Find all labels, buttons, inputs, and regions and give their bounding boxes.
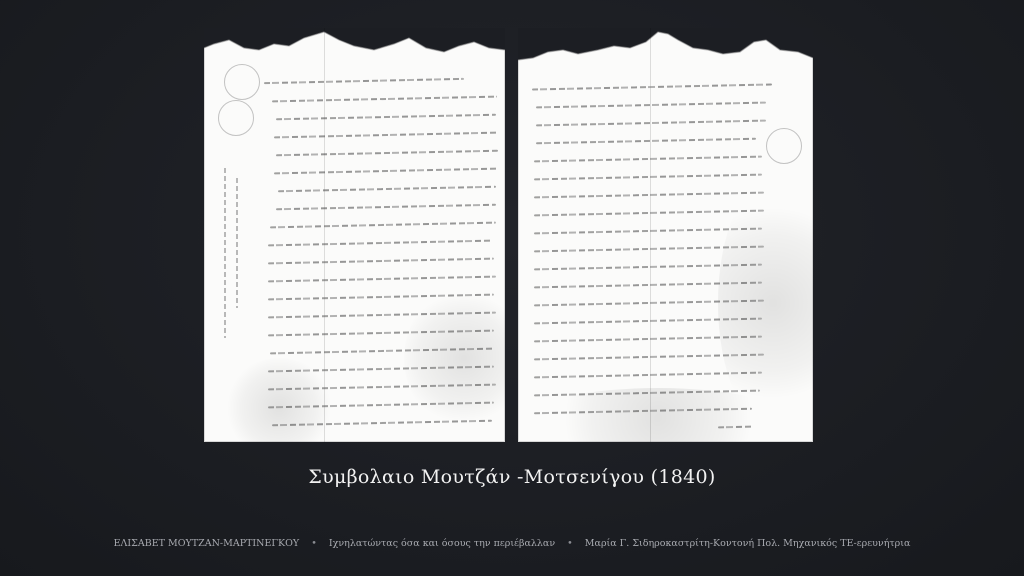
handwriting-line — [264, 78, 464, 84]
handwriting-line — [534, 192, 764, 199]
manuscript-image-left — [204, 28, 505, 442]
handwriting-line — [272, 96, 497, 103]
fold-line — [650, 28, 651, 442]
stamp-seal — [766, 128, 802, 164]
handwriting-line — [268, 276, 496, 283]
paper-stain — [528, 388, 788, 442]
handwriting-line — [274, 168, 498, 175]
footer-separator: • — [311, 538, 317, 549]
stamp-seal — [218, 100, 254, 136]
handwriting-line — [276, 150, 498, 157]
stamp-seal — [224, 64, 260, 100]
handwriting-line — [536, 138, 756, 145]
margin-note — [224, 168, 226, 338]
paper-stain — [404, 288, 505, 428]
handwriting-line — [278, 186, 496, 193]
handwriting-line — [274, 132, 498, 139]
handwriting-line — [276, 204, 496, 211]
handwriting-line — [534, 156, 762, 163]
torn-edge-graphic — [518, 28, 813, 76]
footer-separator: • — [567, 538, 573, 549]
footer-title: Ιχνηλατώντας όσα και όσους την περιέβαλλ… — [329, 538, 555, 549]
image-caption: Συμβολαιο Μουτζάν -Μοτσενίγου (1840) — [0, 466, 1024, 488]
margin-note — [236, 178, 238, 308]
handwriting-line — [268, 258, 494, 265]
handwriting-line — [534, 174, 762, 181]
handwriting-line — [534, 210, 764, 217]
slide: Συμβολαιο Μουτζάν -Μοτσενίγου (1840) ΕΛΙ… — [0, 0, 1024, 576]
footer-author: ΕΛΙΣΑΒΕΤ ΜΟΥΤΖΑΝ-ΜΑΡΤΙΝΕΓΚΟΥ — [114, 538, 300, 549]
footer: ΕΛΙΣΑΒΕΤ ΜΟΥΤΖΑΝ-ΜΑΡΤΙΝΕΓΚΟΥ • Ιχνηλατών… — [0, 538, 1024, 549]
handwriting-line — [276, 114, 496, 121]
handwriting-line — [532, 83, 772, 90]
handwriting-line — [268, 240, 492, 247]
handwriting-line — [270, 222, 496, 229]
manuscript-image-right — [518, 28, 813, 442]
footer-credit: Μαρία Γ. Σιδηροκαστρίτη-Κοντονή Πολ. Μηχ… — [585, 538, 911, 549]
handwriting-line — [536, 102, 766, 109]
handwriting-line — [536, 120, 766, 127]
